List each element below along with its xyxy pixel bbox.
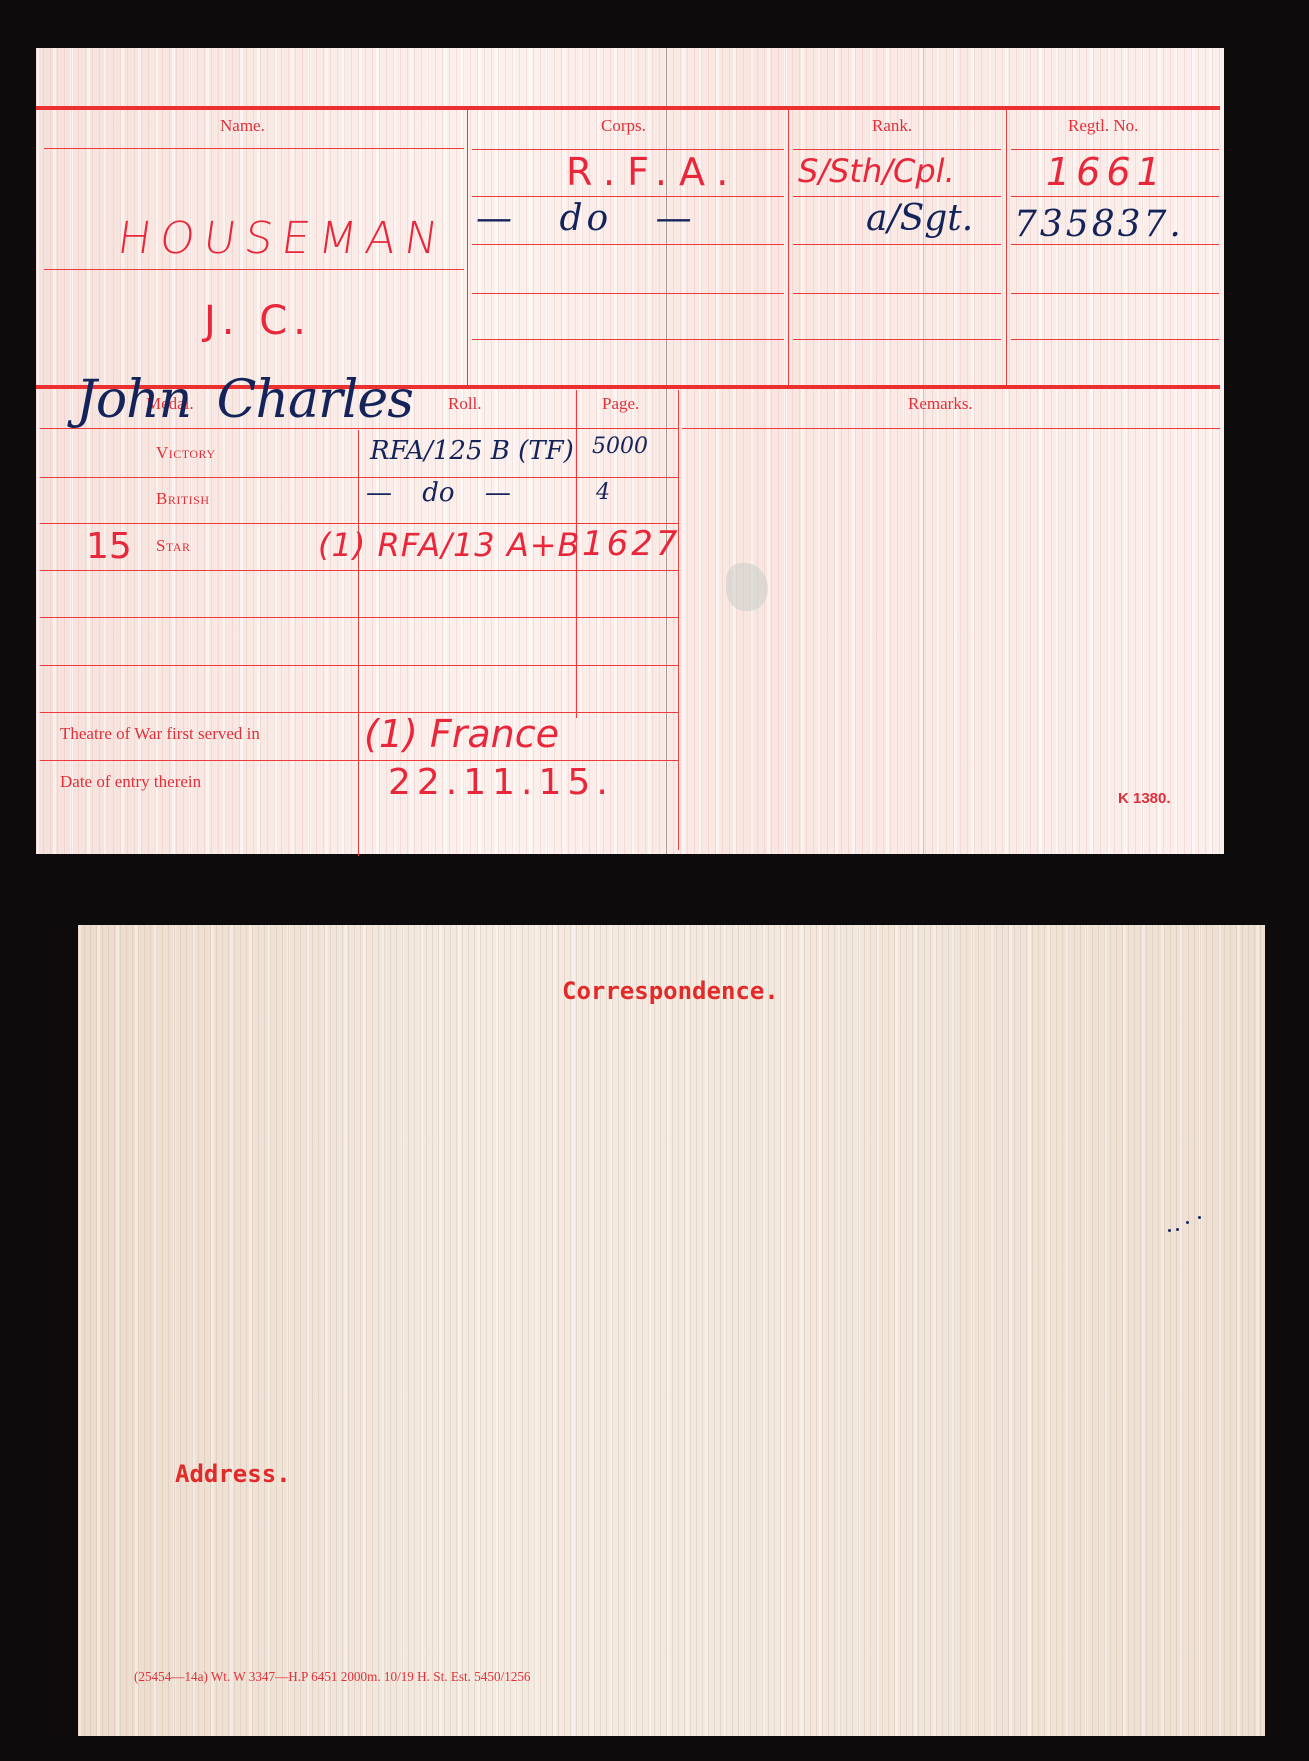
regtl-rule (1011, 293, 1219, 294)
regtl-no-header: Regtl. No. (1068, 116, 1138, 136)
remarks-header: Remarks. (908, 394, 973, 414)
date-of-entry-label: Date of entry therein (60, 772, 201, 792)
regtl-rule (1011, 196, 1219, 197)
surname-entry: HOUSEMAN (114, 213, 450, 264)
rank-rule (793, 196, 1001, 197)
medal-index-card-front: Name. Corps. Rank. Regtl. No. HOUSEMAN J… (36, 48, 1224, 854)
regtl-no-entry-2: 735837. (1014, 204, 1184, 245)
name-header-rule (44, 148, 464, 149)
corps-entry-1: R.F.A. (566, 150, 740, 194)
roll-header: Roll. (448, 394, 482, 414)
rank-rule (793, 339, 1001, 340)
name-row-rule (44, 269, 464, 270)
name-header: Name. (220, 116, 265, 136)
roll-victory-entry: RFA/125 B (TF) (370, 436, 574, 466)
rank-rule (793, 244, 1001, 245)
date-of-entry-entry: 22.11.15. (388, 762, 614, 803)
page-british-entry: 4 (596, 480, 610, 505)
ink-speck (1186, 1221, 1189, 1224)
corps-rule (472, 244, 784, 245)
theatre-label: Theatre of War first served in (60, 724, 260, 744)
initials-entry: J. C. (204, 298, 312, 344)
medal-rule (40, 477, 678, 478)
regtl-no-entry-1: 1661 (1046, 150, 1167, 194)
page-star-entry: 1627 (582, 524, 681, 564)
remarks-header-rule (682, 428, 1220, 429)
form-number: K 1380. (1118, 790, 1171, 807)
corps-rule (472, 196, 784, 197)
forenames-entry: John Charles (76, 370, 413, 430)
ink-speck (1198, 1216, 1201, 1219)
medal-star-label: Star (156, 536, 191, 556)
theatre-entry: (1) France (364, 712, 559, 756)
top-rule (36, 106, 1220, 110)
date-rule (40, 760, 678, 761)
medal-rule (40, 617, 678, 618)
rank-entry-1: S/Sth/Cpl. (798, 152, 955, 190)
star-year-entry: 15 (86, 526, 132, 567)
medal-british-label: British (156, 489, 210, 509)
corps-left-divider (467, 110, 468, 386)
corps-rule (472, 339, 784, 340)
medal-rule (40, 570, 678, 571)
rank-entry-2: a/Sgt. (866, 198, 973, 239)
ink-speck (1176, 1228, 1179, 1231)
paper-mark (726, 563, 768, 611)
medal-victory-label: Victory (156, 443, 216, 463)
regtl-left-divider (1006, 110, 1007, 386)
medal-rule (40, 665, 678, 666)
ink-speck (1168, 1229, 1171, 1232)
corps-entry-2: — do — (476, 198, 696, 239)
roll-star-entry: (1) RFA/13 A+B (318, 526, 580, 564)
printer-imprint: (25454—14a) Wt. W 3347—H.P 6451 2000m. 1… (134, 1670, 531, 1686)
remarks-left-divider (678, 390, 679, 850)
corps-rule (472, 293, 784, 294)
page-header: Page. (602, 394, 639, 414)
rank-header: Rank. (872, 116, 912, 136)
roll-british-entry: — do — (366, 478, 511, 508)
rank-left-divider (788, 110, 789, 386)
regtl-rule (1011, 339, 1219, 340)
roll-left-divider (358, 430, 359, 856)
page-victory-entry: 5000 (592, 434, 648, 459)
rank-rule (793, 293, 1001, 294)
theatre-rule (40, 712, 678, 713)
rank-rule (793, 149, 1001, 150)
corps-header: Corps. (601, 116, 646, 136)
correspondence-heading: Correspondence. (562, 977, 779, 1005)
address-label: Address. (175, 1460, 291, 1488)
medal-index-card-back: Correspondence. Address. (25454—14a) Wt.… (78, 925, 1265, 1736)
